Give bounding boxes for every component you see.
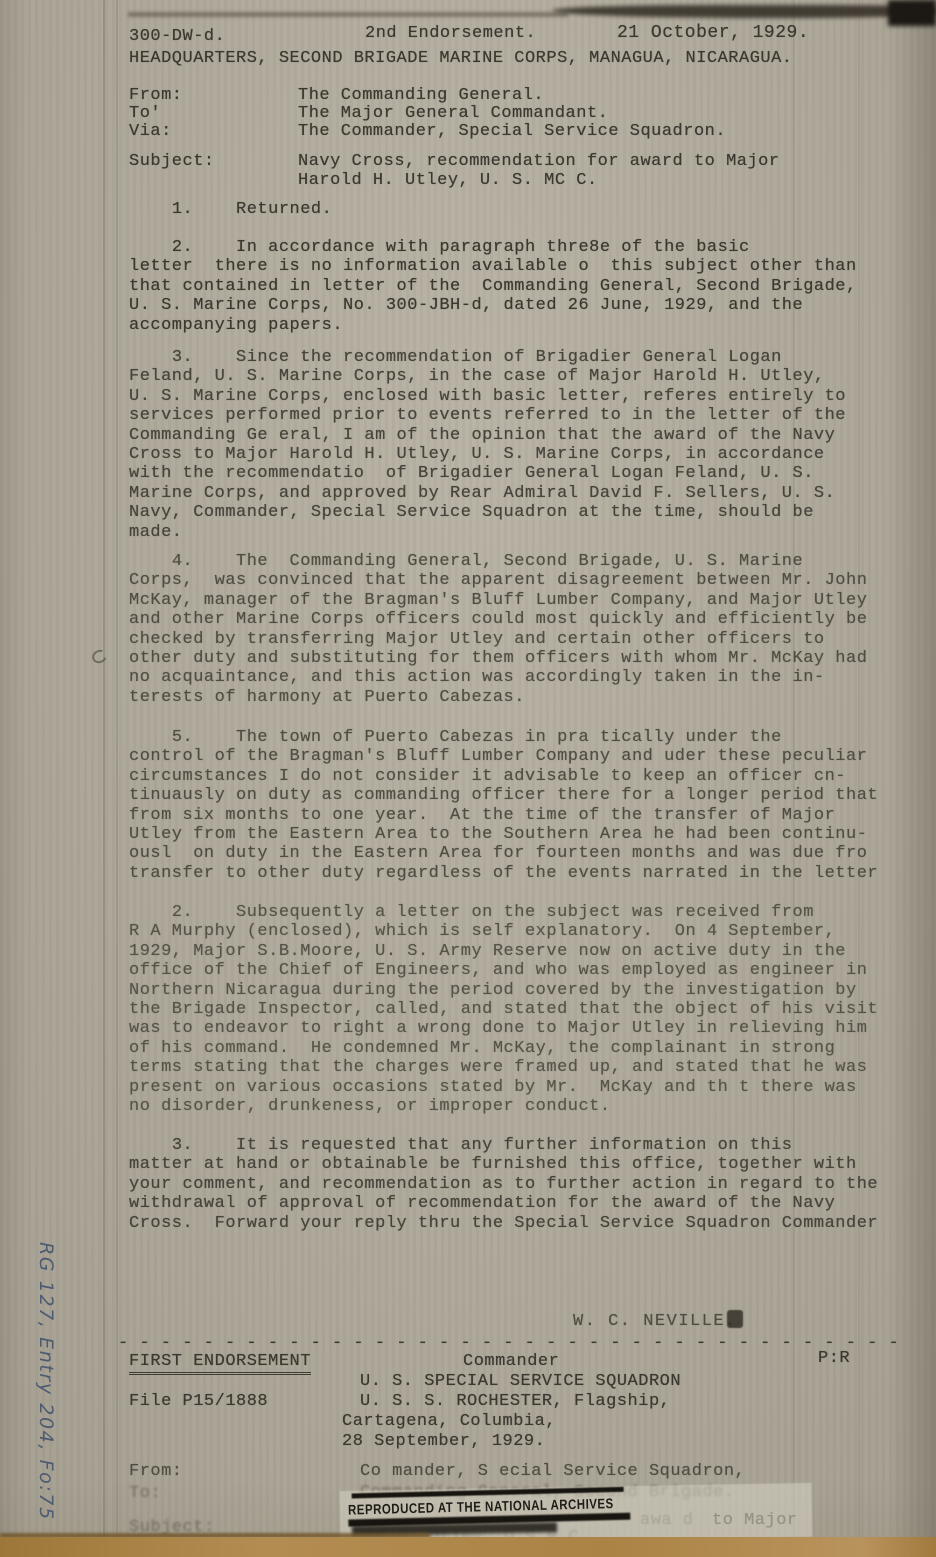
paragraph-1: 1. Returned. <box>129 200 935 219</box>
paper-crease <box>103 0 105 1557</box>
top-ink-smudge <box>552 5 936 18</box>
routing-label: From: <box>129 86 183 105</box>
paragraph-5: 5. The town of Puerto Cabezas in pra tic… <box>129 728 935 883</box>
routing-value: The Major General Commandant. <box>298 104 608 123</box>
archival-margin-note: RG 127, Entry 204, Fo:75 <box>35 1242 57 1521</box>
routing-label: To' <box>129 104 161 123</box>
routing-value: Co mander, S ecial Service Squadron, <box>360 1462 745 1481</box>
document-scan: RG 127, Entry 204, Fo:75 300-DW-d. 2nd E… <box>0 0 936 1557</box>
office-line-commander: Commander <box>463 1352 559 1371</box>
office-line-place: Cartagena, Columbia, <box>342 1412 556 1431</box>
margin-pencil-mark <box>90 647 109 665</box>
file-number: 300-DW-d. <box>129 27 225 46</box>
dashed-separator: - - - - - - - - - - - - - - - - - - - - … <box>118 1334 898 1353</box>
doc-date: 21 October, 1929. <box>617 24 809 43</box>
routing-label: To: <box>129 1484 161 1503</box>
file-reference: File P15/1888 <box>129 1392 268 1411</box>
corner-ink-blob <box>888 0 936 26</box>
paragraph-3: 3. Since the recommendation of Brigadier… <box>129 348 935 542</box>
office-line-ship: U. S. S. ROCHESTER, Flagship, <box>360 1392 670 1411</box>
office-line-squadron: U. S. SPECIAL SERVICE SQUADRON <box>360 1372 681 1391</box>
subject-label: Subject: <box>129 152 215 171</box>
routing-label: From: <box>129 1462 183 1481</box>
paragraph-6: 2. Subsequently a letter on the subject … <box>129 903 935 1116</box>
paper-crease <box>116 0 118 1557</box>
paragraph-7: 3. It is requested that any further info… <box>129 1136 935 1233</box>
headquarters-line: HEADQUARTERS, SECOND BRIGADE MARINE CORP… <box>129 49 793 68</box>
signature: W. C. NEVILLE. <box>573 1312 737 1331</box>
routing-value: The Commanding General. <box>298 86 544 105</box>
typist-initials: P:R <box>818 1349 850 1368</box>
office-line-date: 28 September, 1929. <box>342 1432 545 1451</box>
paragraph-2: 2. In accordance with paragraph thre8e o… <box>129 238 935 335</box>
routing-label: Via: <box>129 122 172 141</box>
endorsement-title: 2nd Endorsement. <box>365 24 536 43</box>
paragraph-4: 4. The Commanding General, Second Brigad… <box>129 552 935 707</box>
first-endorsement-heading: FIRST ENDORSEMENT <box>129 1352 311 1375</box>
folder-edge <box>0 1537 936 1557</box>
top-ink-smudge <box>128 12 568 17</box>
routing-value: The Commander, Special Service Squadron. <box>298 122 726 141</box>
ink-blob <box>727 1310 743 1328</box>
subject-text: Navy Cross, recommendation for award to … <box>298 152 858 191</box>
